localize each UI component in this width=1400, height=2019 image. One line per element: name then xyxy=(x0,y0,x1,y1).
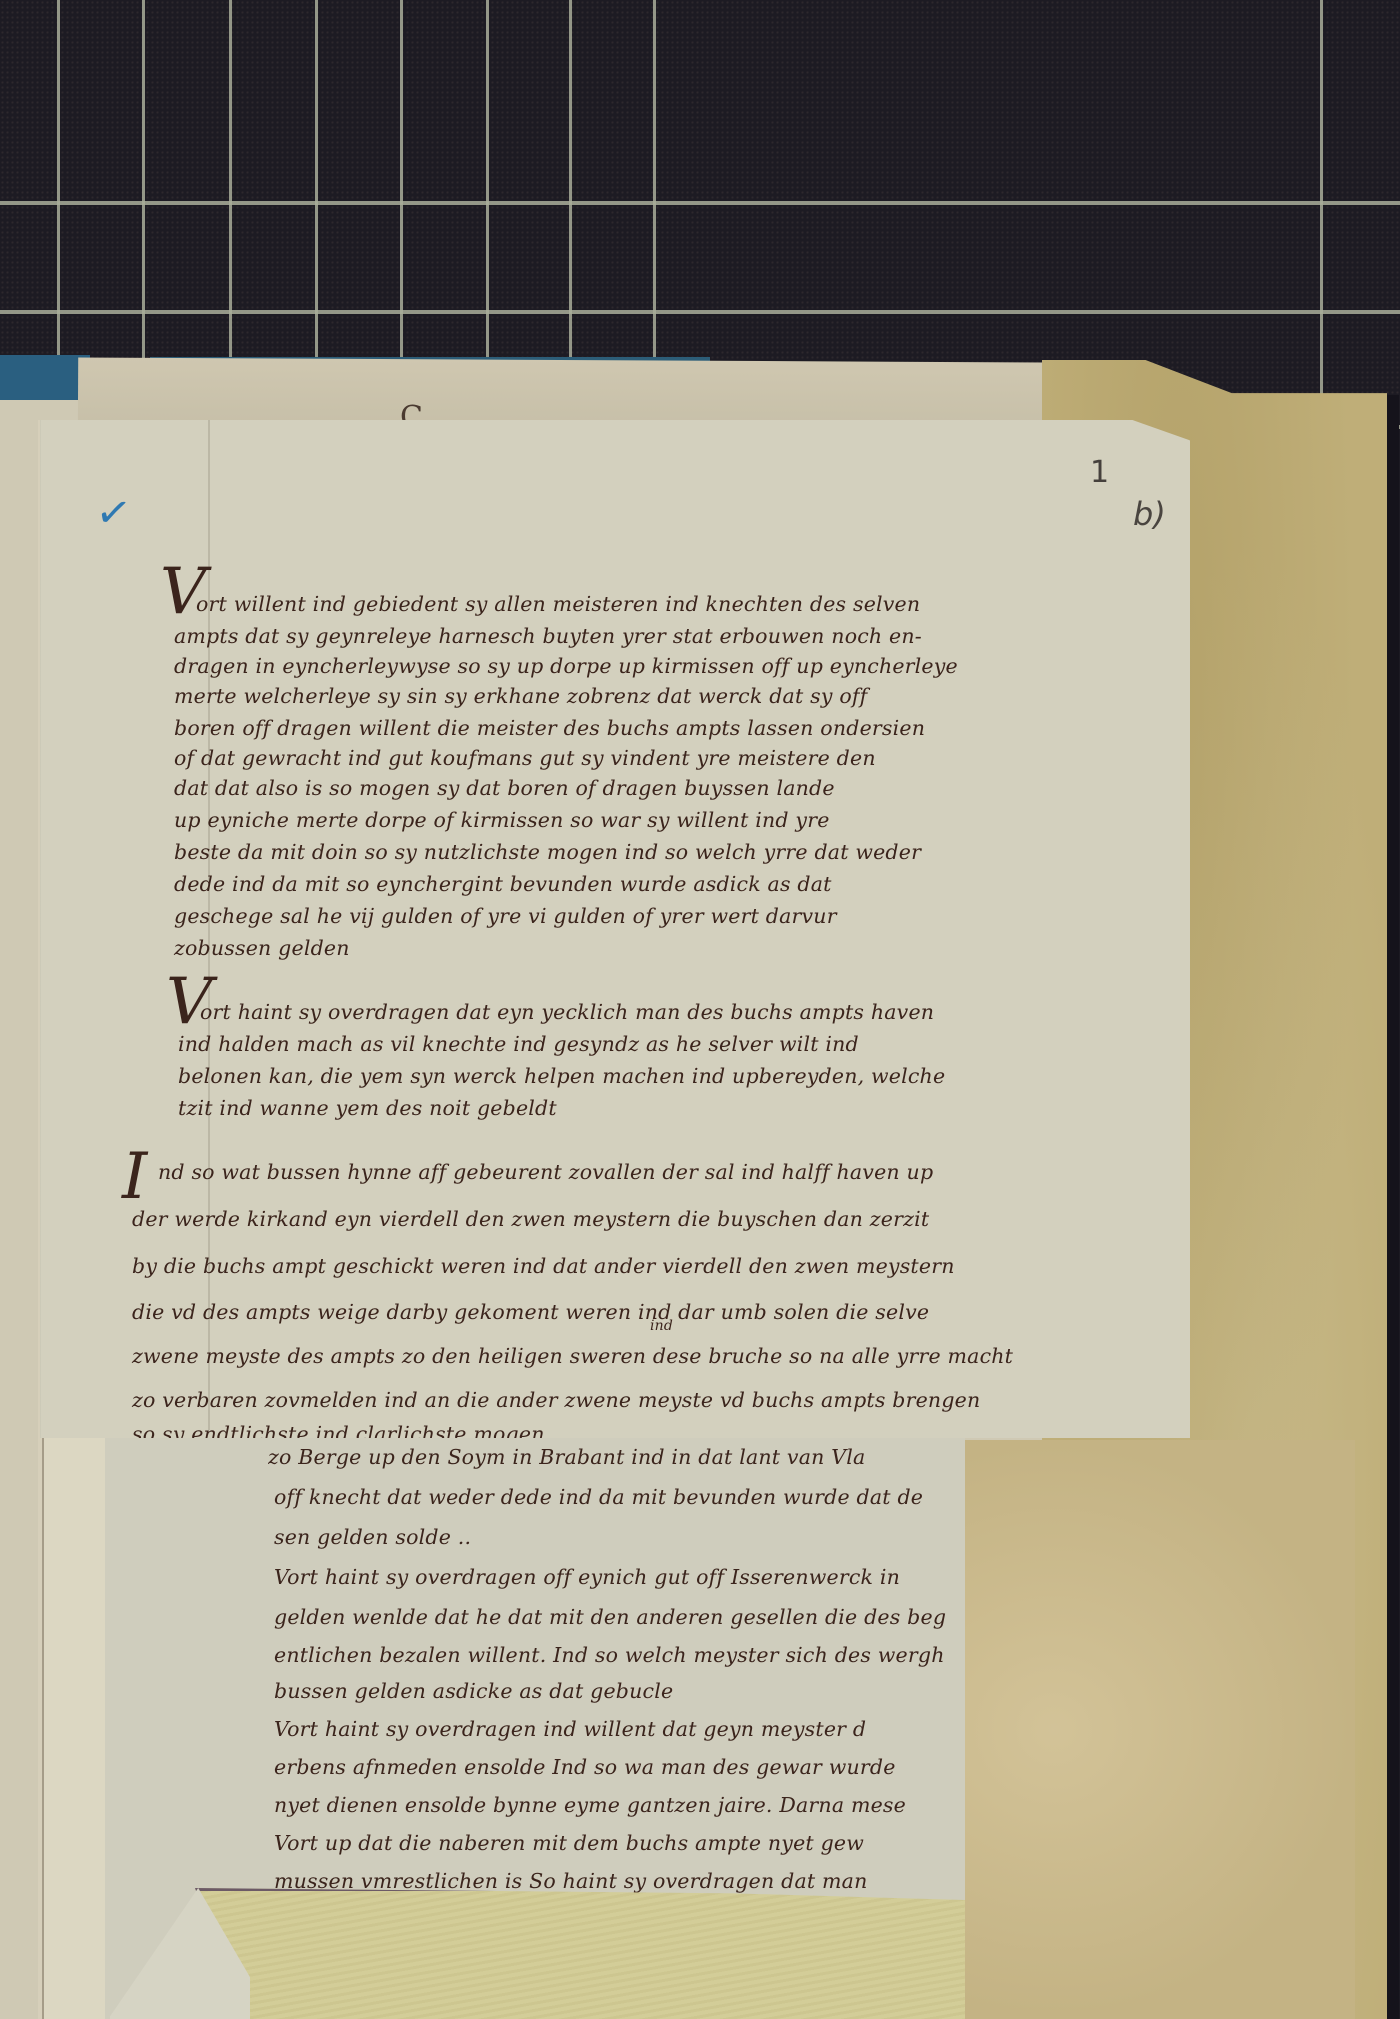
folio-number: 1 xyxy=(1090,455,1109,490)
text-line: ort haint sy overdragen dat eyn yecklich… xyxy=(200,1000,934,1024)
grid-line xyxy=(1320,0,1323,420)
text-line: nyet dienen ensolde bynne eyme gantzen j… xyxy=(274,1793,906,1817)
text-line: Vort up dat die naberen mit dem buchs am… xyxy=(274,1831,864,1855)
text-line: nd so wat bussen hynne aff gebeurent zov… xyxy=(158,1160,933,1184)
text-line: mussen vmrestlichen is So haint sy overd… xyxy=(274,1869,867,1893)
grid-line xyxy=(0,310,1400,314)
blue-tape xyxy=(0,355,90,400)
text-line: sen gelden solde .. xyxy=(274,1525,471,1549)
text-line: zobussen gelden xyxy=(174,936,350,960)
text-line: geschege sal he vij gulden of yre vi gul… xyxy=(174,904,837,928)
text-line: up eyniche merte dorpe of kirmissen so w… xyxy=(174,808,830,832)
text-line: by die buchs ampt geschickt weren ind da… xyxy=(132,1254,955,1278)
text-line: dragen in eyncherleywyse so sy up dorpe … xyxy=(174,654,958,678)
folio-mark: b) xyxy=(1133,495,1166,533)
text-line: zwene meyste des ampts zo den heiligen s… xyxy=(132,1344,1013,1368)
text-line: gelden wenlde dat he dat mit den anderen… xyxy=(274,1605,946,1629)
text-line: ampts dat sy geynreleye harnesch buyten … xyxy=(174,624,922,648)
checkmark-icon: ✓ xyxy=(93,486,135,539)
paragraph-initial: I xyxy=(122,1140,147,1214)
text-line: Vort haint sy overdragen ind willent dat… xyxy=(274,1717,866,1741)
text-line: bussen gelden asdicke as dat gebucle xyxy=(274,1679,673,1703)
text-line: beste da mit doin so sy nutzlichste moge… xyxy=(174,840,921,864)
leather-cover-lower xyxy=(925,1440,1355,2019)
text-line: die vd des ampts weige darby gekoment we… xyxy=(132,1300,929,1324)
text-line: tzit ind wanne yem des noit gebeldt xyxy=(178,1096,557,1120)
text-line: off knecht dat weder dede ind da mit bev… xyxy=(274,1485,923,1509)
interlinear-insertion: ind xyxy=(650,1318,673,1334)
lower-text-block: zo Berge up den Soym in Brabant ind in d… xyxy=(268,1445,958,1915)
text-line: zo Berge up den Soym in Brabant ind in d… xyxy=(268,1445,865,1469)
upper-document-leaf xyxy=(40,420,1190,1438)
lower-paper-strip xyxy=(42,1438,108,2019)
text-line: belonen kan, die yem syn werck helpen ma… xyxy=(178,1064,945,1088)
text-line: ind halden mach as vil knechte ind gesyn… xyxy=(178,1032,859,1056)
text-line: merte welcherleye sy sin sy erkhane zobr… xyxy=(174,684,867,708)
text-line: dede ind da mit so eynchergint bevunden … xyxy=(174,872,832,896)
text-line: boren off dragen willent die meister des… xyxy=(174,716,925,740)
text-line: zo verbaren zovmelden ind an die ander z… xyxy=(132,1388,980,1412)
text-line: erbens afnmeden ensolde Ind so wa man de… xyxy=(274,1755,896,1779)
lower-vellum-fragment xyxy=(195,1888,965,2019)
text-line: entlichen bezalen willent. Ind so welch … xyxy=(274,1643,945,1667)
text-line: of dat gewracht ind gut koufmans gut sy … xyxy=(174,746,876,770)
text-line: der werde kirkand eyn vierdell den zwen … xyxy=(132,1207,929,1231)
text-line: ort willent ind gebiedent sy allen meist… xyxy=(196,592,920,616)
text-line: Vort haint sy overdragen off eynich gut … xyxy=(274,1565,900,1589)
text-line: dat dat also is so mogen sy dat boren of… xyxy=(174,776,835,800)
